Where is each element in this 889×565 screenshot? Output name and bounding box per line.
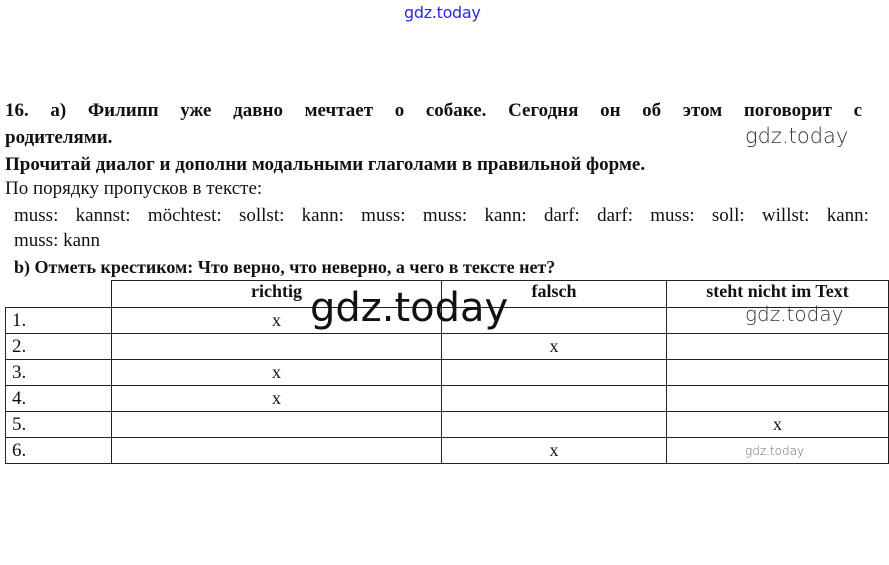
answer-word: muss: <box>423 205 467 227</box>
cell-falsch <box>442 412 667 438</box>
cell-falsch: x <box>442 438 667 464</box>
cell-richtig <box>112 412 442 438</box>
task-heading: 16.a)Филиппужедавномечтаетособаке.Сегодн… <box>5 100 862 122</box>
heading-word: Сегодня <box>508 100 578 122</box>
order-note: По порядку пропусков в тексте: <box>5 178 262 200</box>
answer-word: kann: <box>827 205 869 227</box>
task-instruction: Прочитай диалог и дополни модальными гла… <box>5 154 645 176</box>
answer-word: muss: <box>361 205 405 227</box>
cell-richtig: x <box>112 386 442 412</box>
row-number: 2. <box>6 334 112 360</box>
row-number: 6. <box>6 438 112 464</box>
part-b-prompt: b) Отметь крестиком: Что верно, что неве… <box>14 257 555 278</box>
watermark-top: gdz.today <box>404 3 481 22</box>
heading-word: давно <box>233 100 283 122</box>
answer-word: darf: <box>597 205 633 227</box>
cell-richtig <box>112 334 442 360</box>
answer-word: soll: <box>712 205 745 227</box>
cell-richtig <box>112 438 442 464</box>
watermark-table-big: gdz.today <box>310 285 508 331</box>
answer-word: sollst: <box>239 205 284 227</box>
heading-word: мечтает <box>305 100 373 122</box>
table-row: 3.x <box>6 360 889 386</box>
answer-word: kann: <box>484 205 526 227</box>
cell-steht-nicht <box>667 386 889 412</box>
heading-word: уже <box>180 100 211 122</box>
row-number: 1. <box>6 308 112 334</box>
watermark-right: gdz.today <box>745 124 848 148</box>
answer-list-line-2: muss: kann <box>14 230 100 252</box>
answer-word: kann: <box>302 205 344 227</box>
cell-steht-nicht <box>667 334 889 360</box>
answer-word: willst: <box>762 205 810 227</box>
heading-word: он <box>600 100 620 122</box>
watermark-table-header: gdz.today <box>745 302 843 326</box>
heading-word: 16. <box>5 100 29 122</box>
answer-word: kannst: <box>76 205 131 227</box>
row-number: 3. <box>6 360 112 386</box>
task-heading-continuation: родителями. <box>5 127 112 149</box>
table-row: 4.x <box>6 386 889 412</box>
row-number: 4. <box>6 386 112 412</box>
heading-word: о <box>395 100 405 122</box>
answer-word: darf: <box>544 205 580 227</box>
watermark-table-bottom: gdz.today <box>745 444 804 458</box>
answer-list-line-1: muss:kannst:möchtest:sollst:kann:muss:mu… <box>14 205 869 227</box>
table-row: 2.x <box>6 334 889 360</box>
row-number: 5. <box>6 412 112 438</box>
cell-steht-nicht <box>667 360 889 386</box>
part-b-question: Что верно, что неверно, а чего в тексте … <box>193 257 555 277</box>
heading-word: a) <box>50 100 66 122</box>
heading-word: этом <box>683 100 722 122</box>
cell-falsch <box>442 360 667 386</box>
heading-word: с <box>854 100 862 122</box>
cell-falsch: x <box>442 334 667 360</box>
answer-word: möchtest: <box>148 205 222 227</box>
cell-falsch <box>442 386 667 412</box>
heading-word: Филипп <box>88 100 159 122</box>
heading-word: поговорит <box>744 100 832 122</box>
cell-richtig: x <box>112 360 442 386</box>
part-b-label: b) Отметь крестиком: <box>14 257 193 277</box>
cell-steht-nicht: x <box>667 412 889 438</box>
answer-word: muss: <box>14 205 58 227</box>
table-row: 5.x <box>6 412 889 438</box>
heading-word: собаке. <box>426 100 487 122</box>
header-number <box>6 281 112 308</box>
answer-word: muss: <box>650 205 694 227</box>
heading-word: об <box>642 100 661 122</box>
